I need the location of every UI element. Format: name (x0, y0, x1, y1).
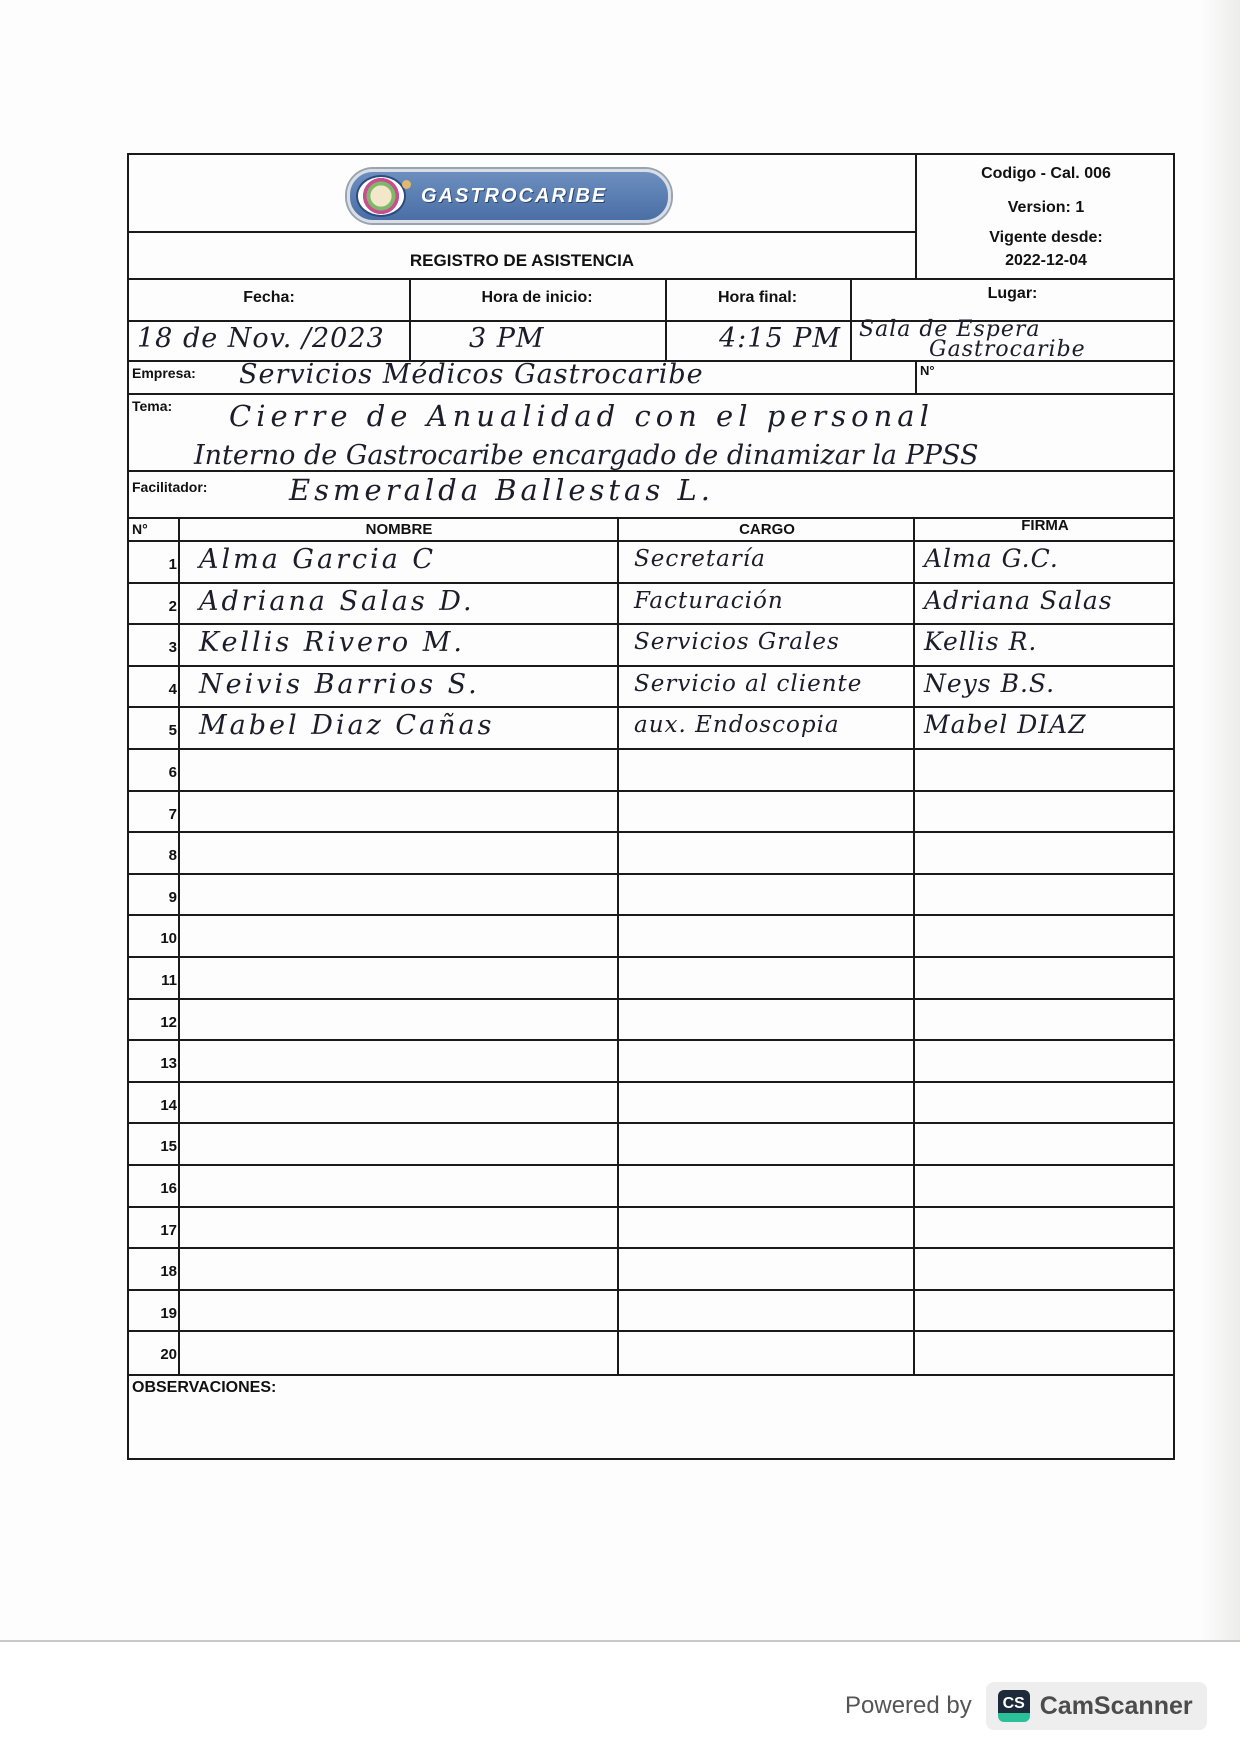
col-header-cargo: CARGO (619, 521, 915, 538)
row-number: 14 (129, 1097, 177, 1114)
hora-inicio-label: Hora de inicio: (409, 289, 665, 307)
row-number: 13 (129, 1055, 177, 1072)
row-number: 17 (129, 1222, 177, 1239)
fecha-value[interactable]: 18 de Nov. /2023 (137, 323, 385, 354)
nombre-cell[interactable]: Adriana Salas D. (199, 586, 475, 617)
divider (129, 278, 1175, 280)
cargo-cell[interactable]: Servicios Grales (634, 629, 840, 655)
scanned-page: GASTROCARIBE REGISTRO DE ASISTENCIA Codi… (0, 0, 1240, 1642)
table-row: 11 (129, 958, 1175, 1000)
cargo-cell[interactable]: Secretaría (634, 546, 766, 572)
firma-cell[interactable]: Neys B.S. (924, 669, 1055, 698)
attendance-form: GASTROCARIBE REGISTRO DE ASISTENCIA Codi… (127, 153, 1175, 1460)
table-row: 19 (129, 1291, 1175, 1333)
divider (129, 470, 1175, 472)
document-code: Codigo - Cal. 006 (917, 165, 1175, 183)
cargo-cell[interactable]: aux. Endoscopia (634, 712, 840, 738)
row-number: 11 (129, 972, 177, 989)
table-row: 17 (129, 1208, 1175, 1250)
cargo-cell[interactable]: Facturación (634, 588, 784, 614)
facilitador-value[interactable]: Esmeralda Ballestas L. (289, 473, 714, 507)
table-row: 10 (129, 916, 1175, 958)
form-title: REGISTRO DE ASISTENCIA (129, 251, 915, 271)
facilitador-label: Facilitador: (132, 479, 207, 495)
table-row: 1Alma Garcia CSecretaríaAlma G.C. (129, 542, 1175, 584)
row-number: 7 (129, 806, 177, 823)
hora-final-value[interactable]: 4:15 PM (719, 323, 841, 354)
camscanner-brand: CamScanner (1040, 1692, 1193, 1721)
divider (129, 393, 1175, 395)
table-row: 18 (129, 1249, 1175, 1291)
table-row: 20 (129, 1332, 1175, 1374)
nombre-cell[interactable]: Alma Garcia C (199, 544, 436, 575)
table-row: 7 (129, 792, 1175, 834)
row-number: 5 (129, 722, 177, 739)
firma-cell[interactable]: Kellis R. (924, 627, 1037, 656)
tema-line2[interactable]: Interno de Gastrocaribe encargado de din… (194, 440, 978, 471)
row-number: 18 (129, 1263, 177, 1280)
table-row: 8 (129, 833, 1175, 875)
hora-final-label: Hora final: (665, 289, 850, 307)
valid-from-date: 2022-12-04 (917, 252, 1175, 270)
row-number: 10 (129, 930, 177, 947)
row-number: 15 (129, 1138, 177, 1155)
divider (129, 1374, 1175, 1376)
row-number: 1 (129, 556, 177, 573)
row-number: 16 (129, 1180, 177, 1197)
table-row: 2Adriana Salas D.FacturaciónAdriana Sala… (129, 584, 1175, 626)
empresa-label: Empresa: (132, 365, 196, 381)
table-row: 12 (129, 1000, 1175, 1042)
row-number: 12 (129, 1014, 177, 1031)
fecha-label: Fecha: (129, 289, 409, 307)
tema-line1[interactable]: Cierre de Anualidad con el personal (229, 399, 934, 433)
table-row: 6 (129, 750, 1175, 792)
camscanner-badge[interactable]: CS CamScanner (986, 1682, 1207, 1730)
row-number: 19 (129, 1305, 177, 1322)
table-row: 13 (129, 1041, 1175, 1083)
logo-dot-icon (402, 180, 411, 189)
table-row: 9 (129, 875, 1175, 917)
row-number: 3 (129, 639, 177, 656)
firma-cell[interactable]: Mabel DIAZ (924, 710, 1087, 739)
observaciones-label: OBSERVACIONES: (132, 1379, 276, 1397)
page-shadow (1200, 0, 1240, 1640)
row-number: 8 (129, 847, 177, 864)
camscanner-logo-icon: CS (998, 1690, 1030, 1722)
nombre-cell[interactable]: Mabel Diaz Cañas (199, 710, 495, 741)
nombre-cell[interactable]: Kellis Rivero M. (199, 627, 465, 658)
table-row: 3Kellis Rivero M.Servicios GralesKellis … (129, 625, 1175, 667)
divider (129, 231, 917, 233)
table-row: 14 (129, 1083, 1175, 1125)
col-header-firma: FIRMA (915, 517, 1175, 534)
row-number: 20 (129, 1346, 177, 1363)
powered-by-text: Powered by (845, 1692, 972, 1720)
gastrocaribe-logo: GASTROCARIBE (347, 169, 671, 223)
lugar-value-line2[interactable]: Gastrocaribe (929, 337, 1086, 362)
hora-inicio-value[interactable]: 3 PM (469, 323, 545, 354)
table-row: 16 (129, 1166, 1175, 1208)
row-number: 9 (129, 889, 177, 906)
document-version: Version: 1 (917, 199, 1175, 217)
row-number: 4 (129, 681, 177, 698)
divider (915, 360, 917, 393)
logo-mark-icon (356, 175, 406, 217)
firma-cell[interactable]: Alma G.C. (924, 544, 1059, 573)
nombre-cell[interactable]: Neivis Barrios S. (199, 669, 480, 700)
table-row: 4Neivis Barrios S.Servicio al clienteNey… (129, 667, 1175, 709)
tema-label: Tema: (132, 398, 172, 414)
row-number: 6 (129, 764, 177, 781)
col-header-numero: N° (132, 521, 148, 537)
numero-label: N° (920, 363, 935, 378)
table-row: 15 (129, 1124, 1175, 1166)
lugar-label: Lugar: (850, 285, 1175, 303)
cargo-cell[interactable]: Servicio al cliente (634, 671, 862, 697)
logo-text: GASTROCARIBE (421, 185, 607, 208)
camscanner-footer: Powered by CS CamScanner (845, 1680, 1207, 1732)
empresa-value[interactable]: Servicios Médicos Gastrocaribe (239, 359, 704, 390)
col-header-nombre: NOMBRE (180, 521, 618, 538)
firma-cell[interactable]: Adriana Salas (924, 586, 1113, 615)
valid-from-label: Vigente desde: (917, 229, 1175, 247)
row-number: 2 (129, 598, 177, 615)
table-row: 5Mabel Diaz Cañasaux. EndoscopiaMabel DI… (129, 708, 1175, 750)
